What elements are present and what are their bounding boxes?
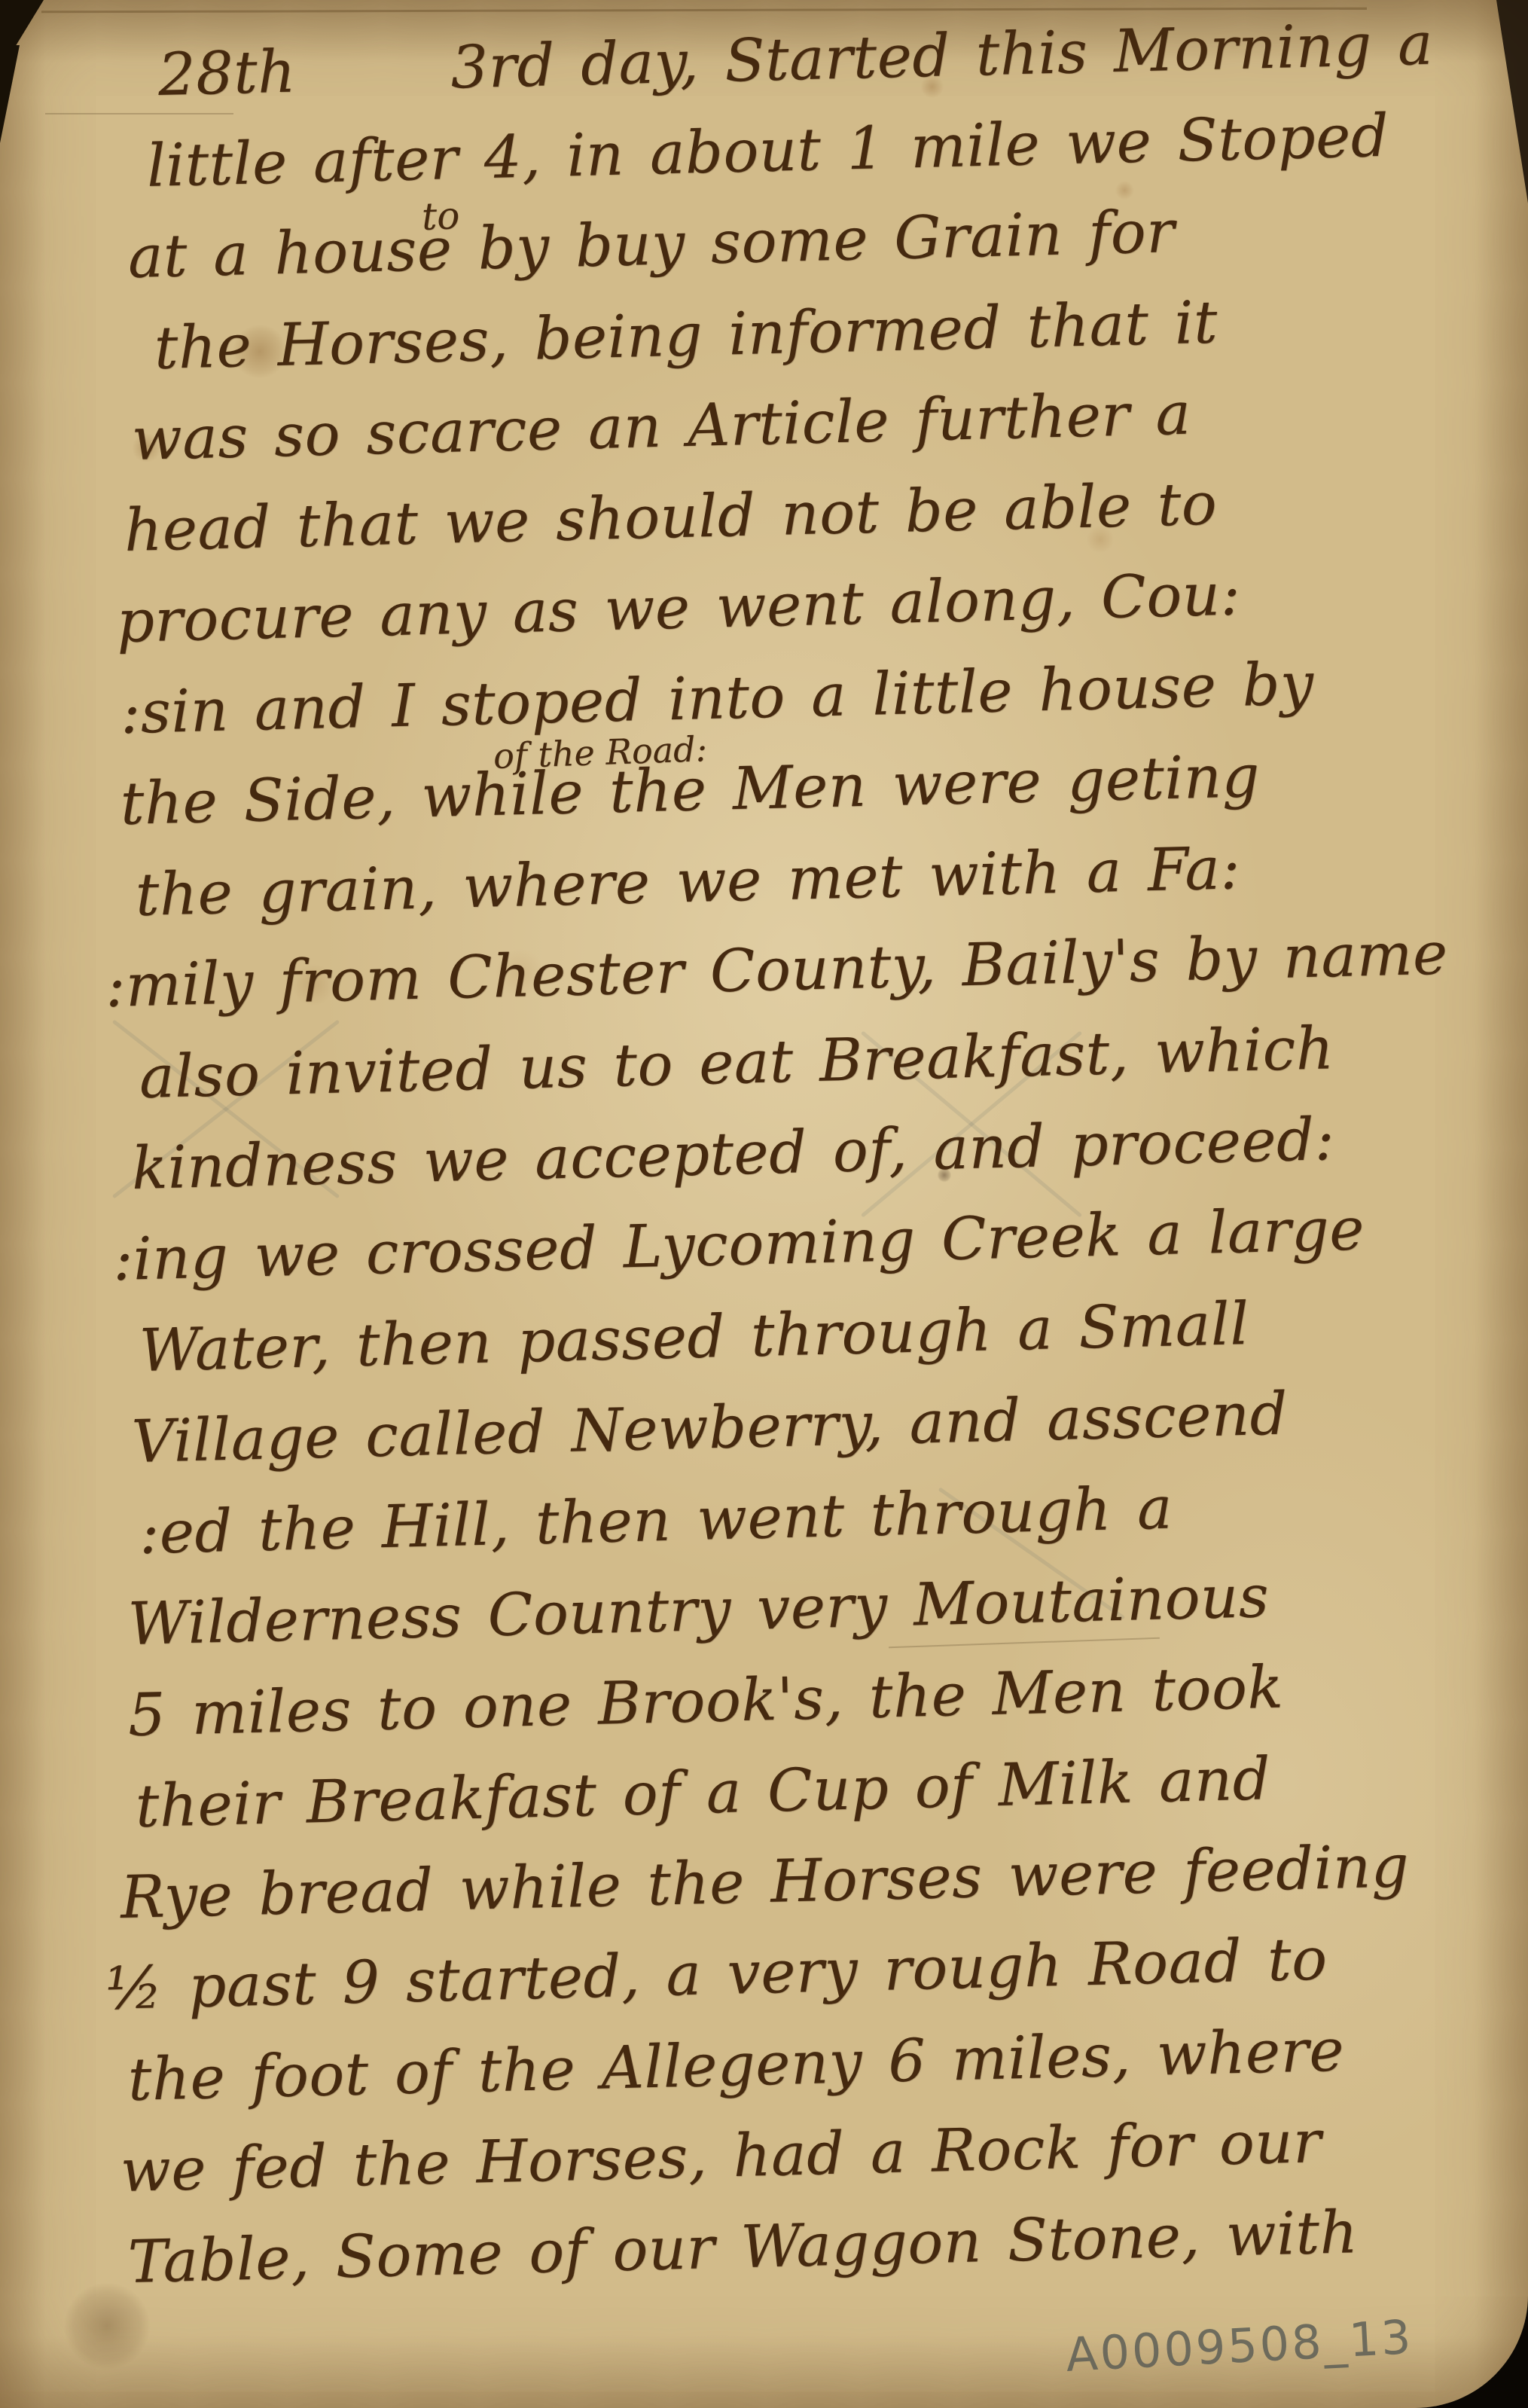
- page-edge-shadow-top-right: [1496, 0, 1528, 203]
- torn-corner-top-left-lower: [0, 45, 20, 143]
- catalog-number-pencil: A0009508_13: [1064, 2309, 1414, 2382]
- interlinear-insertion-of-the-road: of the Road:: [493, 728, 708, 777]
- diary-page: 28th 3rd day, Started this Morning a lit…: [0, 0, 1528, 2408]
- diary-entry-text: 28th 3rd day, Started this Morning a lit…: [124, 30, 1495, 2309]
- interlinear-insertion-to: to: [421, 194, 460, 239]
